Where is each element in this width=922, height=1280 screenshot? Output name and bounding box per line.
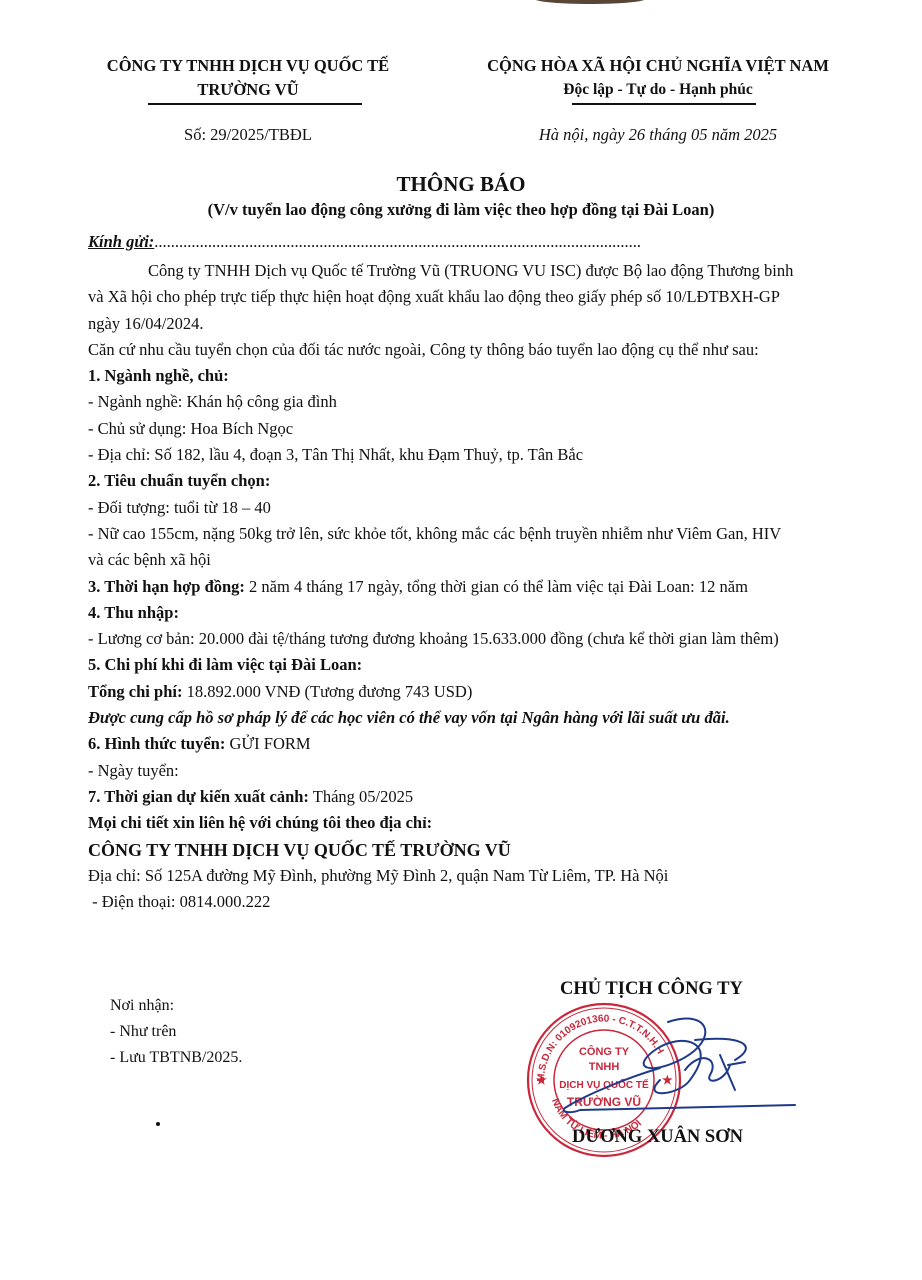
section-2-heading: 2. Tiêu chuẩn tuyển chọn: <box>88 468 898 494</box>
stray-dot <box>156 1122 160 1126</box>
section-2-item: - Nữ cao 155cm, nặng 50kg trở lên, sức k… <box>88 521 898 547</box>
handwritten-signature-icon <box>560 1010 800 1120</box>
national-motto: Độc lập - Tự do - Hạnh phúc <box>458 78 858 102</box>
header-right-rule <box>572 103 756 105</box>
section-1-item: - Chủ sử dụng: Hoa Bích Ngọc <box>88 416 898 442</box>
section-5-total: Tổng chi phí: 18.892.000 VNĐ (Tương đươn… <box>88 679 898 705</box>
national-title: CỘNG HÒA XÃ HỘI CHỦ NGHĨA VIỆT NAM <box>458 54 858 78</box>
intro-line-3: ngày 16/04/2024. <box>88 311 898 337</box>
contact-heading: Mọi chi tiết xin liên hệ với chúng tôi t… <box>88 810 898 836</box>
recipients-block: Nơi nhận: - Như trên - Lưu TBTNB/2025. <box>110 993 242 1071</box>
section-7-heading: 7. Thời gian dự kiến xuất cảnh: <box>88 787 309 806</box>
contact-address: Địa chỉ: Số 125A đường Mỹ Đình, phường M… <box>88 863 898 889</box>
salutation: Kính gửi:...............................… <box>88 232 641 252</box>
document-title: THÔNG BÁO <box>0 172 922 197</box>
section-3-heading: 3. Thời hạn hợp đồng: <box>88 577 245 596</box>
national-header: CỘNG HÒA XÃ HỘI CHỦ NGHĨA VIỆT NAM Độc l… <box>458 54 858 102</box>
section-2-item: và các bệnh xã hội <box>88 547 898 573</box>
section-4-heading: 4. Thu nhập: <box>88 600 898 626</box>
section-4-item: - Lương cơ bản: 20.000 đài tệ/tháng tươn… <box>88 626 898 652</box>
salutation-dots: ........................................… <box>154 232 641 251</box>
section-1-heading: 1. Ngành nghề, chủ: <box>88 363 898 389</box>
contact-company: CÔNG TY TNHH DỊCH VỤ QUỐC TẾ TRƯỜNG VŨ <box>88 837 898 863</box>
section-6-value: GỬI FORM <box>225 734 310 753</box>
recipients-label: Nơi nhận: <box>110 993 242 1019</box>
section-6: 6. Hình thức tuyển: GỬI FORM <box>88 731 898 757</box>
intro-line-2: và Xã hội cho phép trực tiếp thực hiện h… <box>88 284 898 310</box>
total-cost-label: Tổng chi phí: <box>88 682 182 701</box>
section-6-item: - Ngày tuyển: <box>88 758 898 784</box>
section-1-item: - Địa chỉ: Số 182, lầu 4, đoạn 3, Tân Th… <box>88 442 898 468</box>
scan-edge-artifact <box>535 0 645 4</box>
recipient-item: - Như trên <box>110 1019 242 1045</box>
salutation-label: Kính gửi: <box>88 232 154 251</box>
issuer-company-line1: CÔNG TY TNHH DỊCH VỤ QUỐC TẾ <box>78 54 418 78</box>
section-1-item: - Ngành nghề: Khán hộ công gia đình <box>88 389 898 415</box>
section-3-value: 2 năm 4 tháng 17 ngày, tổng thời gian có… <box>245 577 748 596</box>
total-cost-value: 18.892.000 VNĐ (Tương đương 743 USD) <box>182 682 472 701</box>
section-3: 3. Thời hạn hợp đồng: 2 năm 4 tháng 17 n… <box>88 574 898 600</box>
intro-line-1: Công ty TNHH Dịch vụ Quốc tế Trường Vũ (… <box>88 258 898 284</box>
loan-note: Được cung cấp hồ sơ pháp lý để các học v… <box>88 705 898 731</box>
header-left-rule <box>148 103 362 105</box>
signatory-title: CHỦ TỊCH CÔNG TY <box>560 979 743 1000</box>
issuer-company-header: CÔNG TY TNHH DỊCH VỤ QUỐC TẾ TRƯỜNG VŨ <box>78 54 418 102</box>
intro-line-4: Căn cứ nhu cầu tuyển chọn của đối tác nư… <box>88 337 898 363</box>
issuer-company-line2: TRƯỜNG VŨ <box>78 78 418 102</box>
document-body: Công ty TNHH Dịch vụ Quốc tế Trường Vũ (… <box>88 258 898 915</box>
section-6-heading: 6. Hình thức tuyển: <box>88 734 225 753</box>
document-number: Số: 29/2025/TBĐL <box>78 125 418 145</box>
signatory-name: DƯƠNG XUÂN SƠN <box>572 1127 743 1148</box>
section-7-value: Tháng 05/2025 <box>309 787 413 806</box>
document-subtitle: (V/v tuyển lao động công xưởng đi làm vi… <box>0 200 922 220</box>
document-date: Hà nội, ngày 26 tháng 05 năm 2025 <box>458 125 858 145</box>
section-7: 7. Thời gian dự kiến xuất cảnh: Tháng 05… <box>88 784 898 810</box>
recipient-item: - Lưu TBTNB/2025. <box>110 1045 242 1071</box>
svg-text:★: ★ <box>536 1073 547 1087</box>
section-5-heading: 5. Chi phí khi đi làm việc tại Đài Loan: <box>88 652 898 678</box>
contact-phone: - Điện thoại: 0814.000.222 <box>88 889 898 915</box>
section-2-item: - Đối tượng: tuổi từ 18 – 40 <box>88 495 898 521</box>
